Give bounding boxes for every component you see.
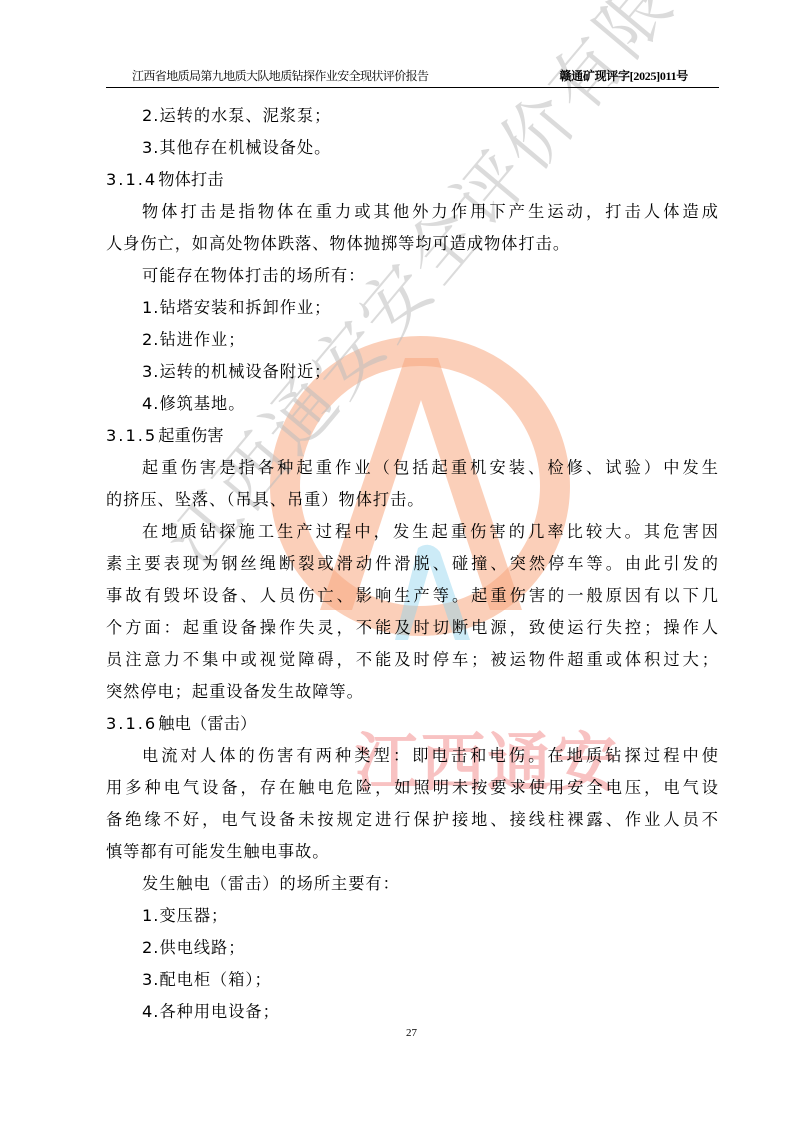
paragraph-line: 突然停电；起重设备发生故障等。 <box>106 677 718 707</box>
list-item: 4.修筑基地。 <box>142 389 754 419</box>
paragraph-line: 素主要表现为钢丝绳断裂或滑动件滑脱、碰撞、突然停车等。由此引发的 <box>106 549 718 579</box>
section-title: 物体打击 <box>158 170 224 189</box>
paragraph-line: 人身伤亡，如高处物体跌落、物体抛掷等均可造成物体打击。 <box>106 229 718 259</box>
section-title: 起重伤害 <box>158 426 224 445</box>
report-title: 江西省地质局第九地质大队地质钻探作业安全现状评价报告 <box>132 66 428 86</box>
page-number: 27 <box>0 1027 793 1039</box>
section-number: 3.1.5 <box>106 426 157 445</box>
paragraph-line: 慎等都有可能发生触电事故。 <box>106 837 718 867</box>
section-number: 3.1.6 <box>106 714 157 733</box>
page-header: 江西省地质局第九地质大队地质钻探作业安全现状评价报告 赣通矿现评字[2025]0… <box>108 66 718 86</box>
paragraph-line: 用多种电气设备，存在触电危险，如照明未按要求使用安全电压，电气设 <box>106 773 718 803</box>
paragraph-line: 电流对人体的伤害有两种类型：即电击和电伤。在地质钻探过程中使 <box>142 741 718 771</box>
section-number: 3.1.4 <box>106 170 157 189</box>
list-item: 3.配电柜（箱）； <box>142 965 754 995</box>
paragraph-line: 个方面：起重设备操作失灵，不能及时切断电源，致使运行失控；操作人 <box>106 613 718 643</box>
paragraph-line: 在地质钻探施工生产过程中，发生起重伤害的几率比较大。其危害因 <box>142 517 718 547</box>
list-item: 2.钻进作业； <box>142 325 754 355</box>
section-heading-3-1-5: 3.1.5起重伤害 <box>106 421 718 451</box>
header-divider <box>106 87 719 88</box>
list-item: 1.钻塔安装和拆卸作业； <box>142 293 754 323</box>
document-number: 赣通矿现评字[2025]011号 <box>559 66 688 86</box>
paragraph-line: 员注意力不集中或视觉障碍，不能及时停车；被运物件超重或体积过大； <box>106 645 718 675</box>
paragraph-line: 物体打击是指物体在重力或其他外力作用下产生运动，打击人体造成 <box>142 197 718 227</box>
paragraph-line: 备绝缘不好，电气设备未按规定进行保护接地、接线柱裸露、作业人员不 <box>106 805 718 835</box>
document-page: 江西通安安全评价有限公司 江西通安 江西省地质局第九地质大队地质钻探作业安全现状… <box>0 0 793 1122</box>
list-item: 1.变压器； <box>142 901 754 931</box>
list-item: 2.运转的水泵、泥浆泵； <box>142 101 754 131</box>
list-item: 3.运转的机械设备附近； <box>142 357 754 387</box>
paragraph-line: 发生触电（雷击）的场所主要有： <box>142 869 754 899</box>
paragraph-line: 事故有毁坏设备、人员伤亡、影响生产等。起重伤害的一般原因有以下几 <box>106 581 718 611</box>
section-heading-3-1-6: 3.1.6触电（雷击） <box>106 709 718 739</box>
paragraph-line: 起重伤害是指各种起重作业（包括起重机安装、检修、试验）中发生 <box>142 453 718 483</box>
list-item: 4.各种用电设备； <box>142 997 754 1027</box>
list-item: 3.其他存在机械设备处。 <box>142 133 754 163</box>
section-title: 触电（雷击） <box>158 714 256 733</box>
paragraph-line: 可能存在物体打击的场所有： <box>142 261 754 291</box>
paragraph-line: 的挤压、坠落、（吊具、吊重）物体打击。 <box>106 485 718 515</box>
list-item: 2.供电线路； <box>142 933 754 963</box>
section-heading-3-1-4: 3.1.4物体打击 <box>106 165 718 195</box>
